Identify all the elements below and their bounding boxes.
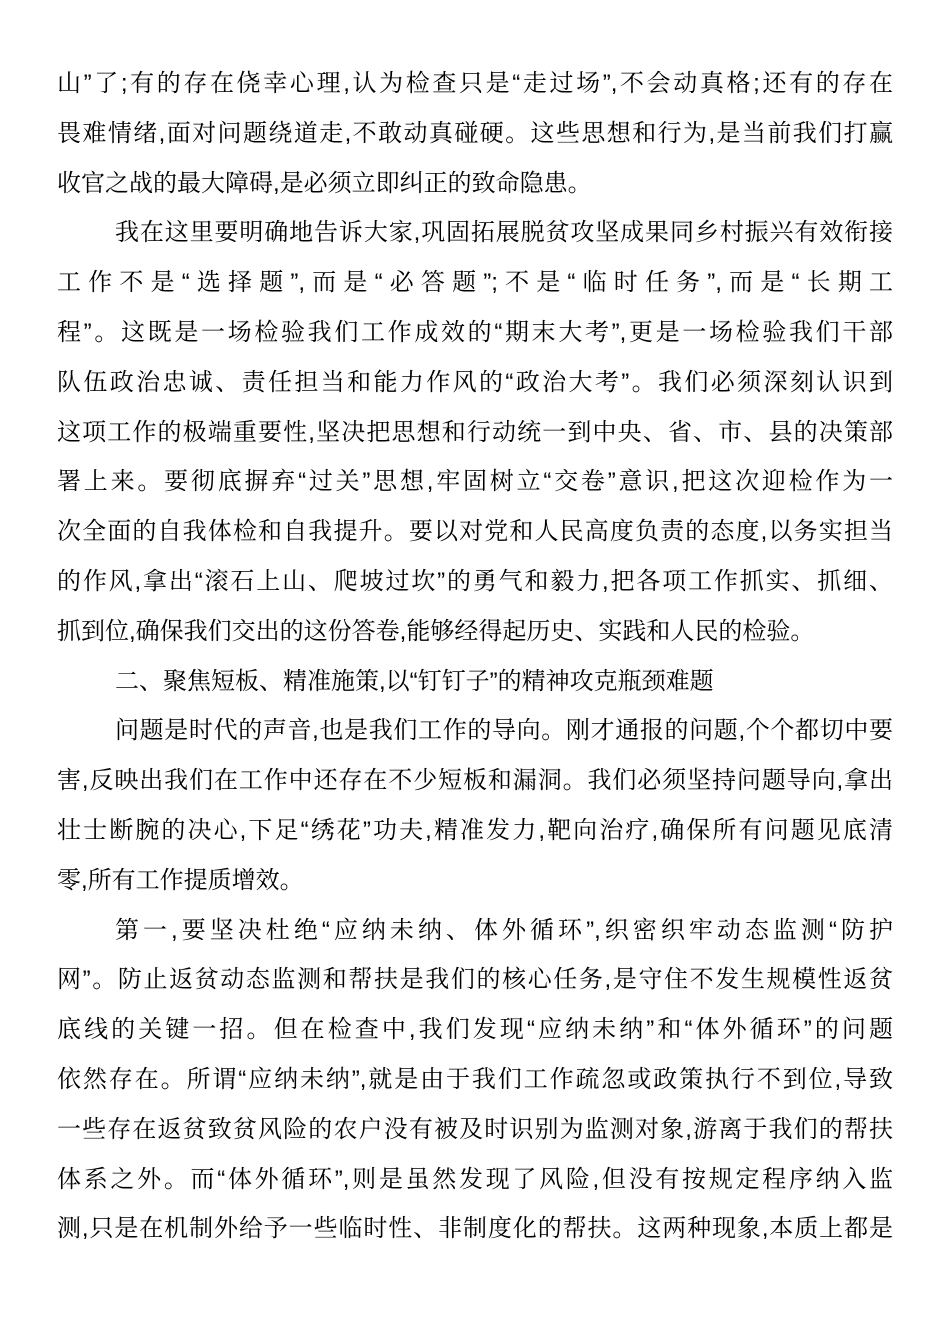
text-line: 我在这里要明确地告诉大家,巩固拓展脱贫攻坚成果同乡村振兴有效衔接 (57, 208, 893, 258)
text-line: 测,只是在机制外给予一些临时性、非制度化的帮扶。这两种现象,本质上都是 (57, 1204, 893, 1254)
text-line: 依然存在。所谓“应纳未纳”,就是由于我们工作疏忽或政策执行不到位,导致 (57, 1055, 893, 1105)
text-line: 害,反映出我们在工作中还存在不少短板和漏洞。我们必须坚持问题导向,拿出 (57, 756, 893, 806)
text-line: 署上来。要彻底摒弃“过关”思想,牢固树立“交卷”意识,把这次迎检作为一 (57, 457, 893, 507)
text-line: 网”。防止返贫动态监测和帮扶是我们的核心任务,是守住不发生规模性返贫 (57, 955, 893, 1005)
text-line: 这项工作的极端重要性,坚决把思想和行动统一到中央、省、市、县的决策部 (57, 408, 893, 458)
text-line: 零,所有工作提质增效。 (57, 856, 893, 906)
text-line: 山”了;有的存在侥幸心理,认为检查只是“走过场”,不会动真格;还有的存在 (57, 59, 893, 109)
text-line: 队伍政治忠诚、责任担当和能力作风的“政治大考”。我们必须深刻认识到 (57, 358, 893, 408)
text-line: 底线的关键一招。但在检查中,我们发现“应纳未纳”和“体外循环”的问题 (57, 1005, 893, 1055)
text-line: 体系之外。而“体外循环”,则是虽然发现了风险,但没有按规定程序纳入监 (57, 1155, 893, 1205)
text-line: 抓到位,确保我们交出的这份答卷,能够经得起历史、实践和人民的检验。 (57, 607, 893, 657)
text-line: 问题是时代的声音,也是我们工作的导向。刚才通报的问题,个个都切中要 (57, 706, 893, 756)
text-line: 第一,要坚决杜绝“应纳未纳、体外循环”,织密织牢动态监测“防护 (57, 906, 893, 956)
section-heading: 二、聚焦短板、精准施策,以“钉钉子”的精神攻克瓶颈难题 (57, 657, 893, 707)
text-line: 一些存在返贫致贫风险的农户没有被及时识别为监测对象,游离于我们的帮扶 (57, 1105, 893, 1155)
text-line: 次全面的自我体检和自我提升。要以对党和人民高度负责的态度,以务实担当 (57, 507, 893, 557)
text-line: 收官之战的最大障碍,是必须立即纠正的致命隐患。 (57, 159, 893, 209)
text-line: 的作风,拿出“滚石上山、爬坡过坎”的勇气和毅力,把各项工作抓实、抓细、 (57, 557, 893, 607)
text-line: 工作不是“选择题”,而是“必答题”;不是“临时任务”,而是“长期工 (57, 258, 893, 308)
document-page: 山”了;有的存在侥幸心理,认为检查只是“走过场”,不会动真格;还有的存在 畏难情… (0, 0, 950, 1344)
text-line: 畏难情绪,面对问题绕道走,不敢动真碰硬。这些思想和行为,是当前我们打赢 (57, 109, 893, 159)
text-line: 壮士断腕的决心,下足“绣花”功夫,精准发力,靶向治疗,确保所有问题见底清 (57, 806, 893, 856)
text-line: 程”。这既是一场检验我们工作成效的“期末大考”,更是一场检验我们干部 (57, 308, 893, 358)
